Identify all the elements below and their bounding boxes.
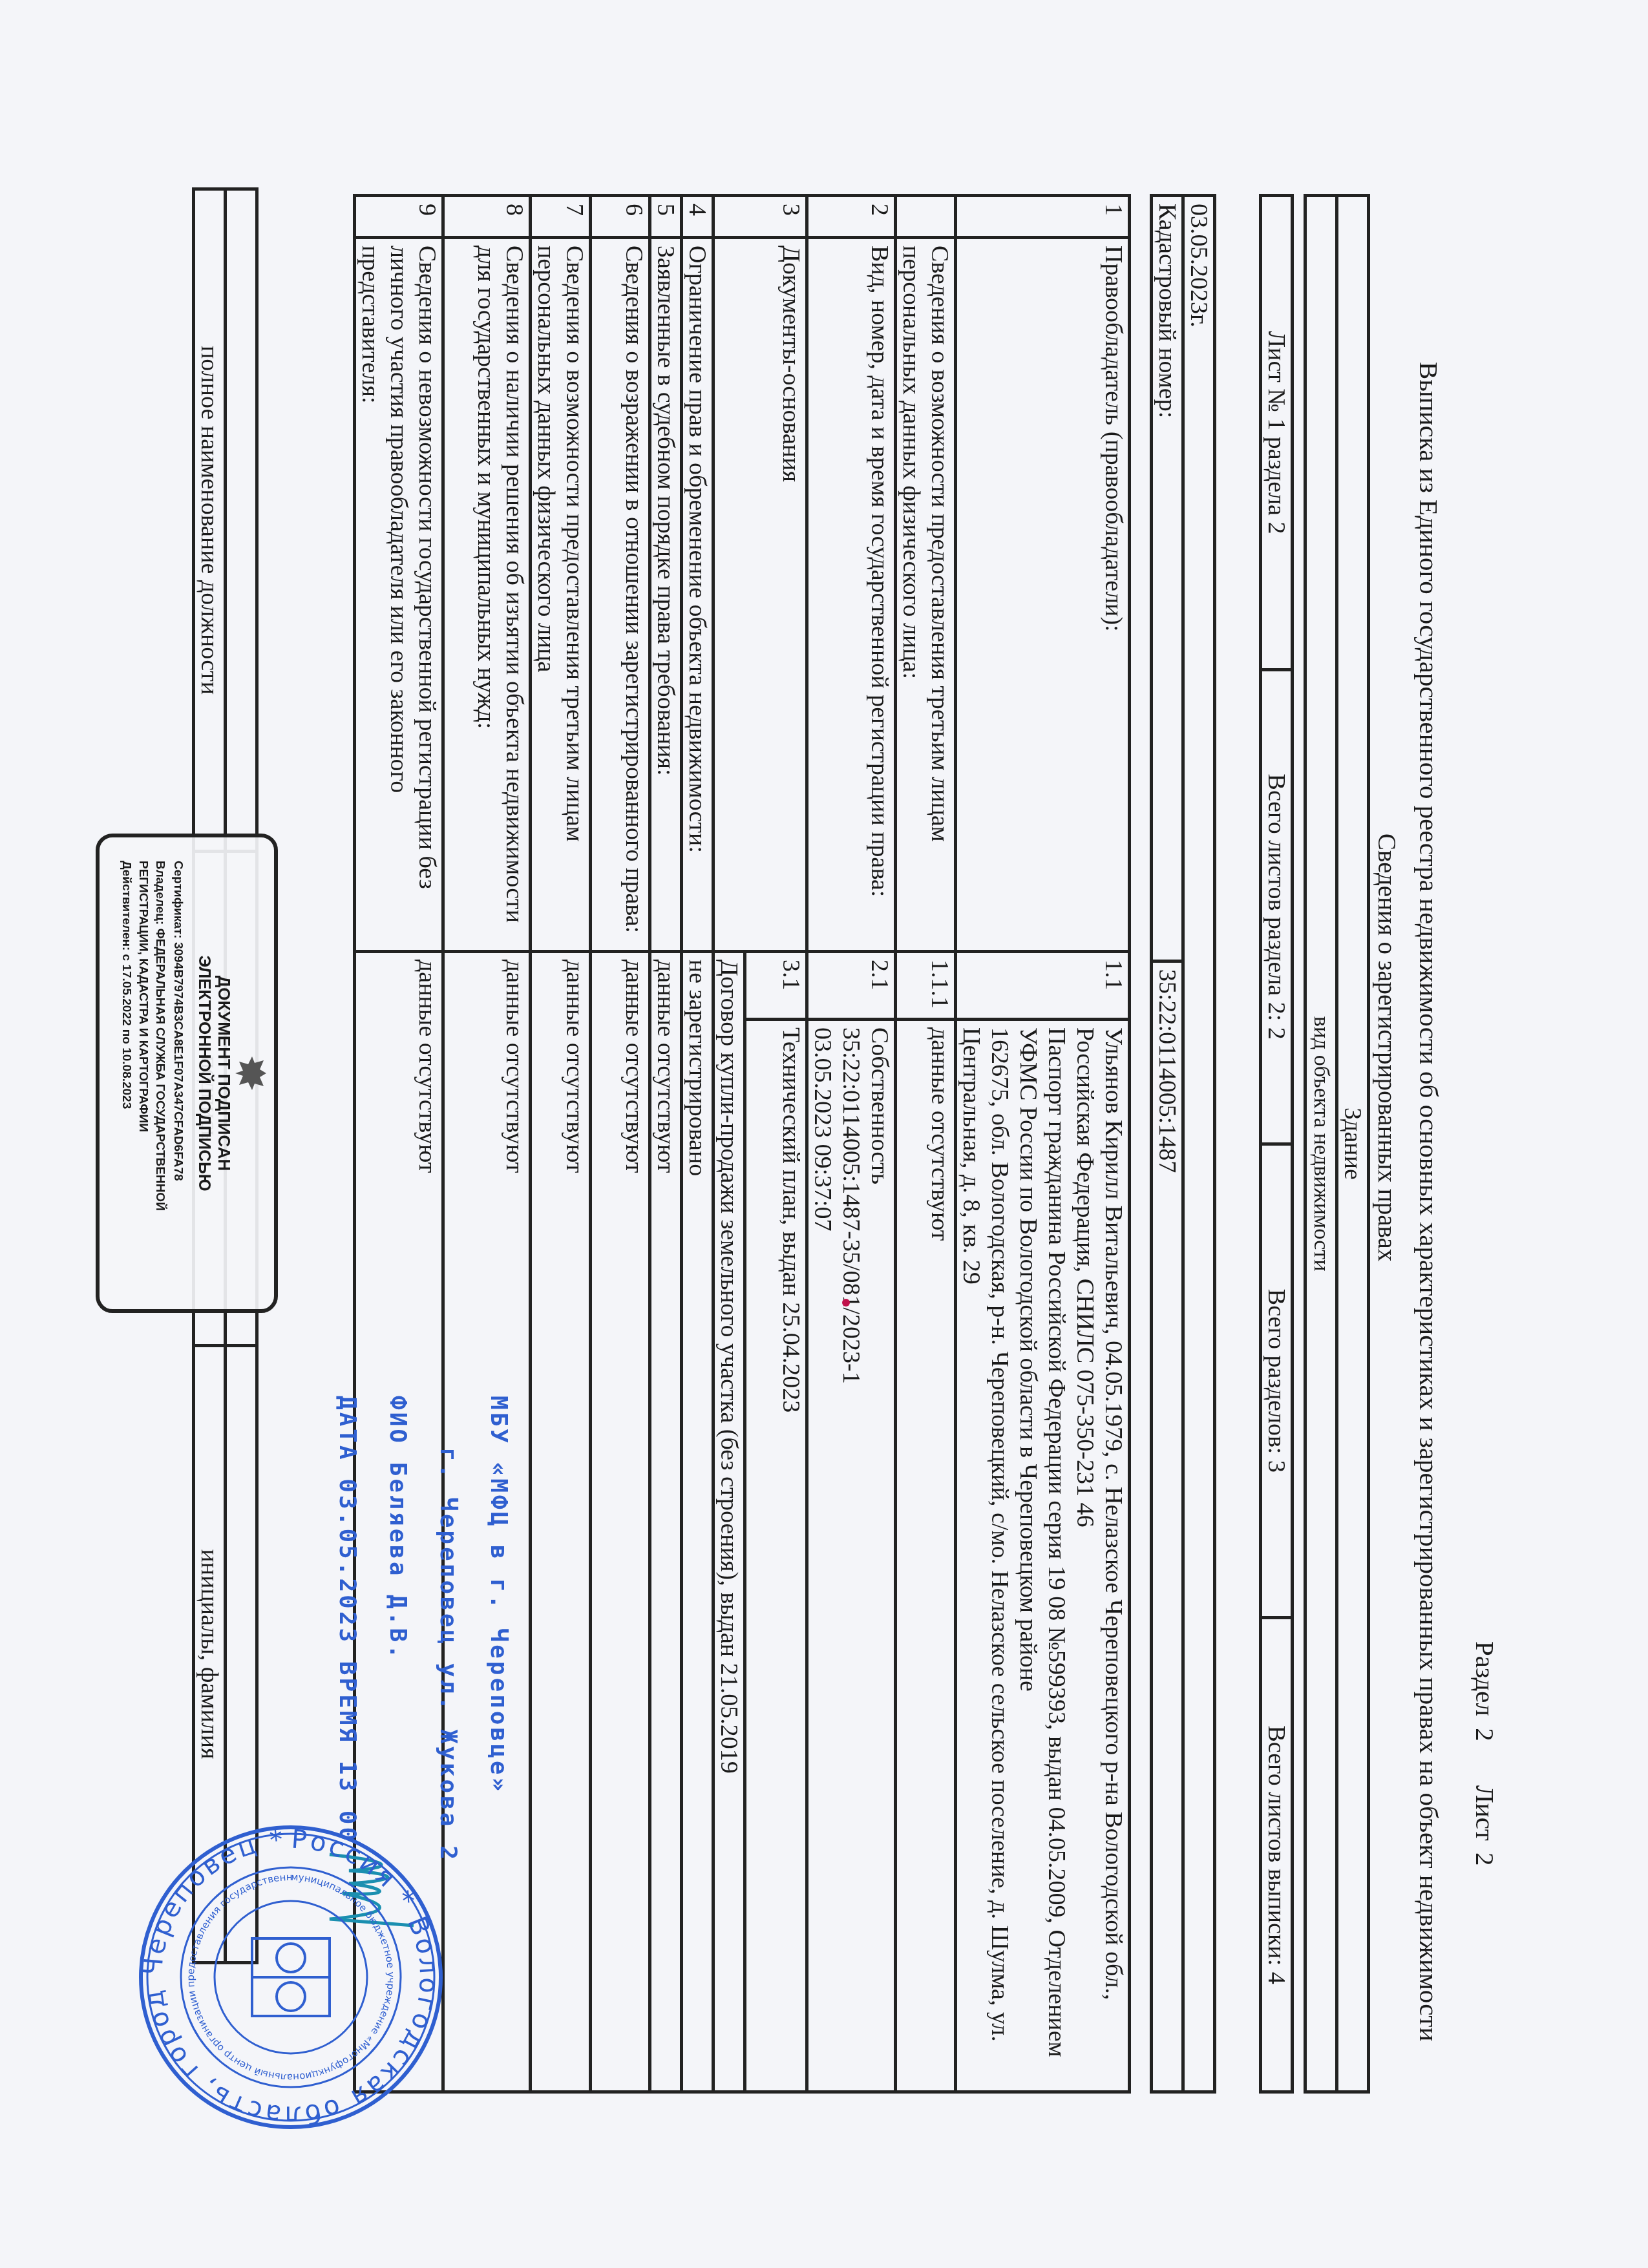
extract-date: 03.05.2023г. <box>1183 196 1215 2092</box>
row-label: Сведения о возможности предоставления тр… <box>896 238 956 952</box>
row-label: Сведения о возражении в отношении зареги… <box>591 238 650 952</box>
cadastral-number: 35:22:0114005:1487 <box>1152 961 1183 2092</box>
table-row: 6 Сведения о возражении в отношении заре… <box>591 196 650 2092</box>
table-row: 5 Заявленные в судебном порядке права тр… <box>650 196 682 2092</box>
row-label: Сведения о наличии решения об изъятии об… <box>443 238 531 952</box>
document-title: Выписка из Единого государственного реес… <box>1413 362 1444 2041</box>
row-label: Ограничение прав и обременение объекта н… <box>682 238 713 952</box>
table-row: 3 Документы-основания 3.1 Технический пл… <box>745 196 807 2092</box>
row-label: Документы-основания <box>713 238 807 952</box>
document-subtitle: Сведения о зарегистрированных правах <box>1372 834 1401 1261</box>
sheet-label: Лист 2 <box>1470 1785 1500 1866</box>
position-field <box>226 189 257 852</box>
object-kind-caption: вид объекта недвижимости <box>1305 196 1337 2092</box>
sheet-of-section: Лист № 1 раздела 2 <box>1261 196 1293 670</box>
position-caption: полное наименование должности <box>194 189 226 852</box>
object-kind-table: Здание вид объекта недвижимости <box>1304 194 1370 2094</box>
ink-dot <box>842 1299 850 1307</box>
table-row: 1 Правообладатель (правообладатели): 1.1… <box>956 196 1130 2092</box>
electronic-signature-box: ДОКУМЕНТ ПОДПИСАН ЭЛЕКТРОННОЙ ПОДПИСЬЮ С… <box>96 834 278 1313</box>
total-extract-sheets: Всего листов выписки: 4 <box>1261 1618 1293 2092</box>
section-label: Раздел 2 <box>1470 1641 1500 1741</box>
registration-value: Собственность 35:22:0114005:1487-35/081/… <box>807 1020 896 2092</box>
object-kind-value: Здание <box>1337 196 1369 2092</box>
row-label: Вид, номер, дата и время государственной… <box>807 238 896 952</box>
mfc-stamp: МБУ «МФЦ в г. Череповце» г. Череповец ул… <box>322 1396 523 1861</box>
cadastral-label: Кадастровый номер: <box>1152 196 1183 961</box>
row-label: Заявленные в судебном порядке права треб… <box>650 238 682 952</box>
row-label: Сведения о возможности предоставления тр… <box>531 238 591 952</box>
right-holder-value: Ульянов Кирилл Витальевич, 04.05.1979, с… <box>956 1020 1130 2092</box>
table-row: 4 Ограничение прав и обременение объекта… <box>682 196 713 2092</box>
sheets-table: Лист № 1 раздела 2 Всего листов раздела … <box>1259 194 1294 2094</box>
round-seal-icon: Россия * Вологодская область, город Чере… <box>136 1822 446 2132</box>
meta-table: 03.05.2023г. Кадастровый номер: 35:22:01… <box>1150 194 1216 2094</box>
table-row: 7 Сведения о возможности предоставления … <box>531 196 591 2092</box>
contract-document: Договор купли-продажи земельного участка… <box>713 952 745 2092</box>
table-row: 2 Вид, номер, дата и время государственн… <box>807 196 896 2092</box>
total-sections: Всего разделов: 3 <box>1261 1144 1293 1618</box>
row-label: Правообладатель (правообладатели): <box>956 238 1130 952</box>
section-sheet-label: Раздел 2 Лист 2 <box>1470 1641 1501 1866</box>
row-label: Сведения о невозможности государственной… <box>355 238 443 952</box>
document-page: Раздел 2 Лист 2 Выписка из Единого госуд… <box>0 0 1648 2268</box>
total-section-sheets: Всего листов раздела 2: 2 <box>1261 669 1293 1144</box>
table-row: Сведения о возможности предоставления тр… <box>896 196 956 2092</box>
